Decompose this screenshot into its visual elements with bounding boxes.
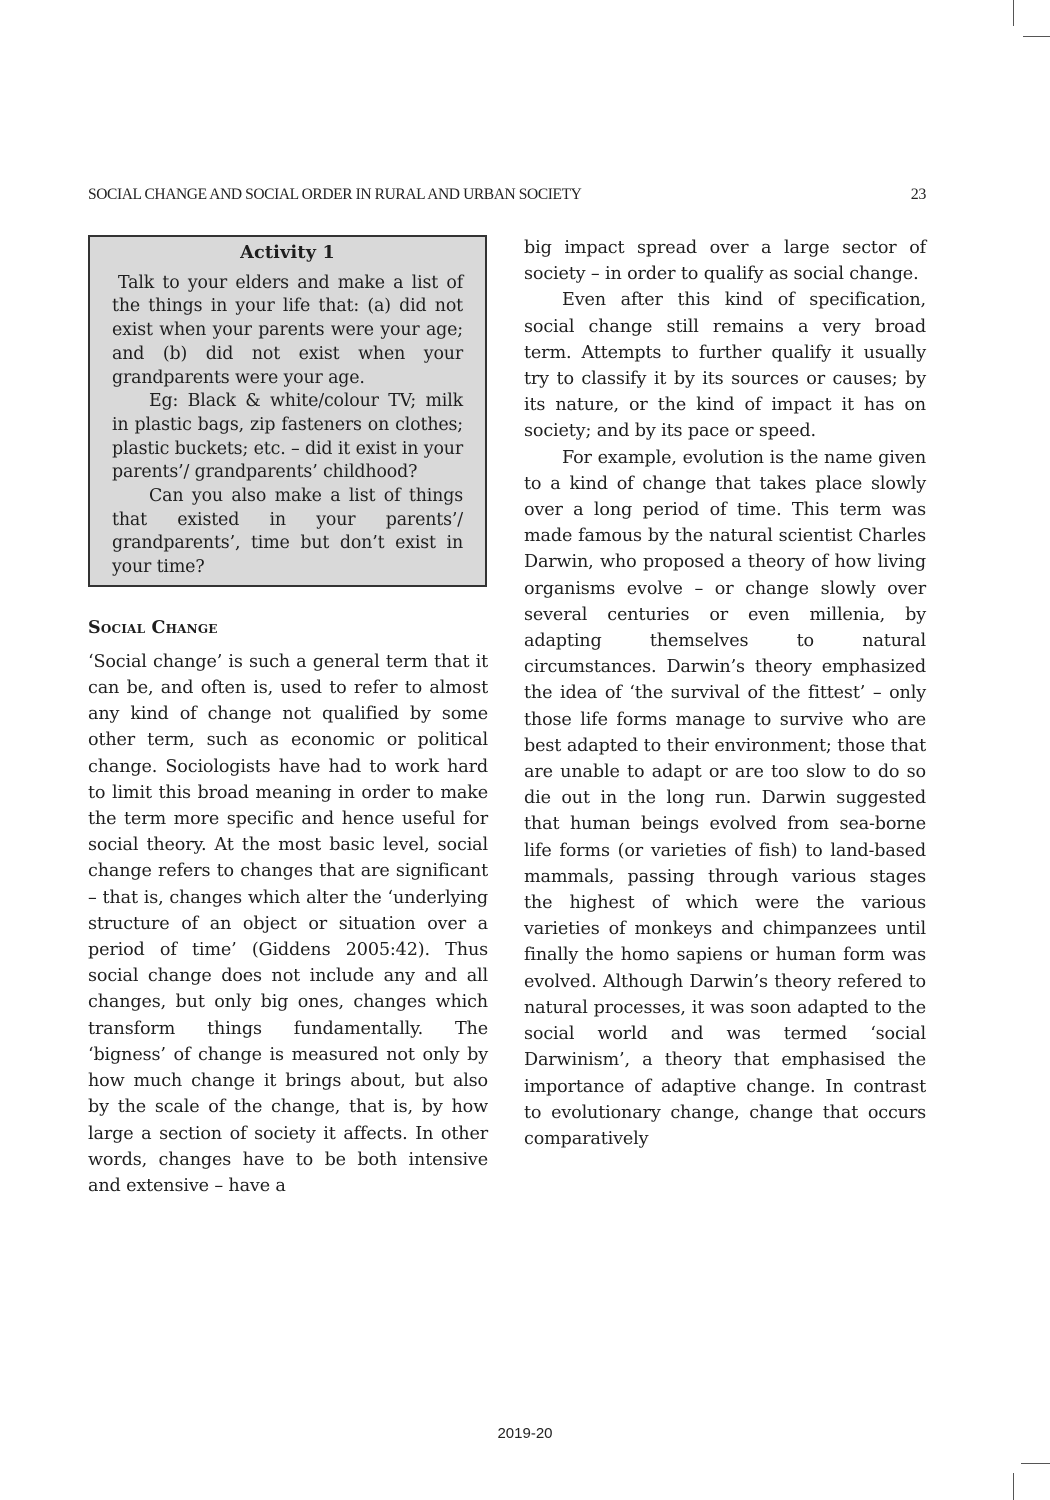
right-column: big impact spread over a large sector of…	[524, 235, 926, 1152]
running-head-title: SOCIAL CHANGE AND SOCIAL ORDER IN RURAL …	[88, 186, 581, 204]
crop-mark-bottom-vertical	[1013, 1473, 1014, 1500]
page-number: 23	[911, 186, 926, 204]
activity-box: Activity 1 Talk to your elders and make …	[88, 235, 487, 587]
activity-paragraph-1: Talk to your elders and make a list of t…	[112, 272, 463, 391]
body-paragraph-specification: Even after this kind of specification, s…	[524, 287, 926, 444]
activity-title: Activity 1	[112, 241, 463, 265]
running-head: SOCIAL CHANGE AND SOCIAL ORDER IN RURAL …	[88, 186, 926, 208]
crop-mark-top-horizontal	[1023, 36, 1050, 37]
section-heading: Social Change	[88, 617, 488, 639]
activity-paragraph-2: Eg: Black & white/colour TV; milk in pla…	[112, 390, 463, 485]
body-paragraph-continuation: big impact spread over a large sector of…	[524, 235, 926, 287]
crop-mark-top-vertical	[1013, 0, 1014, 26]
left-column: Activity 1 Talk to your elders and make …	[88, 235, 488, 1199]
crop-mark-bottom-horizontal	[1021, 1463, 1050, 1464]
body-paragraph-social-change: ‘Social change’ is such a general term t…	[88, 649, 488, 1199]
activity-paragraph-3: Can you also make a list of things that …	[112, 485, 463, 580]
body-paragraph-evolution: For example, evolution is the name given…	[524, 445, 926, 1152]
footer-year: 2019-20	[0, 1425, 1050, 1442]
